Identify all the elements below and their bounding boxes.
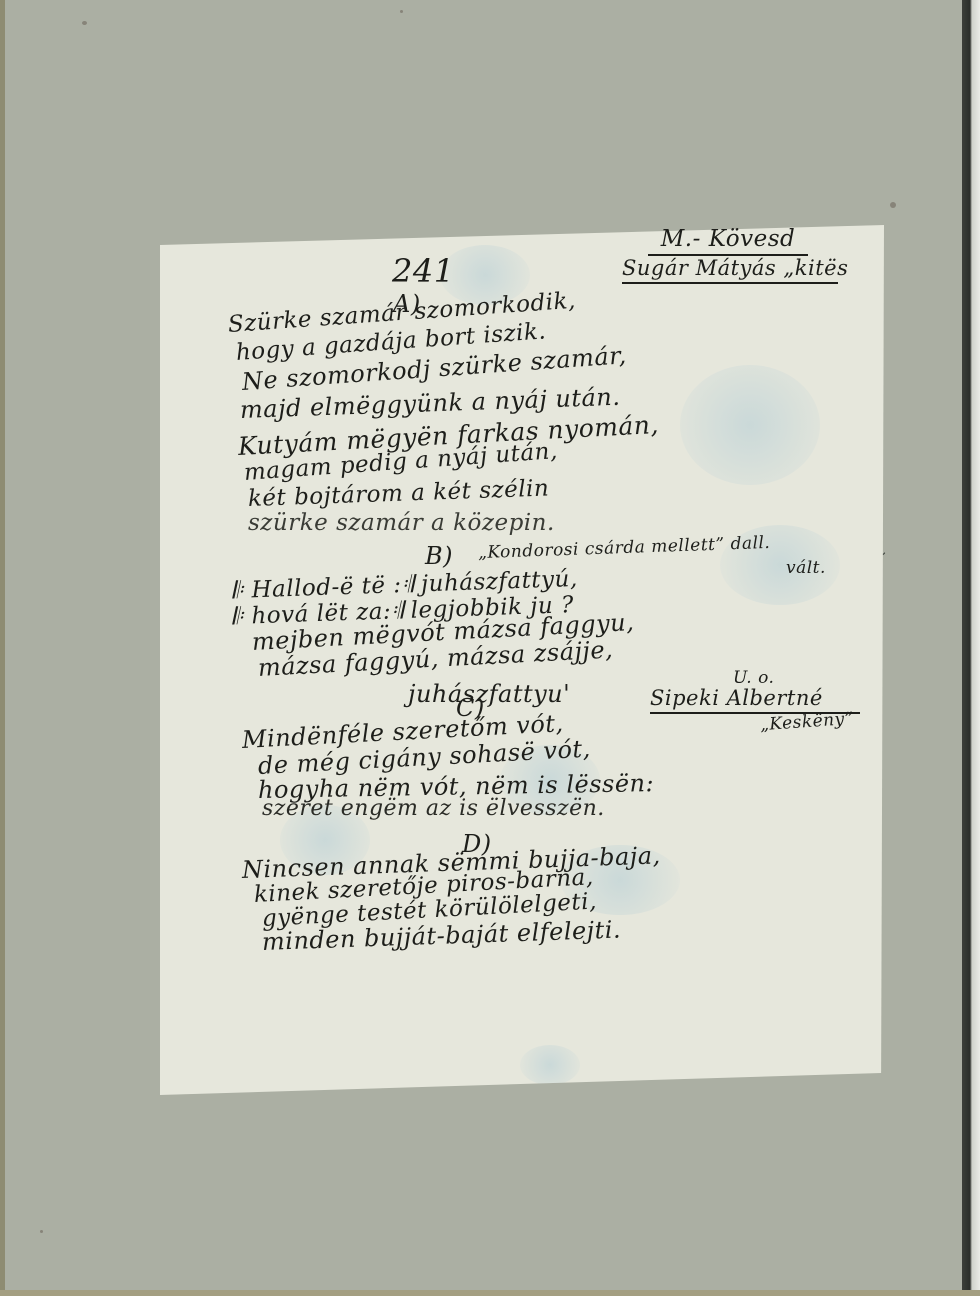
mount-speck <box>890 202 896 208</box>
mount-speck <box>82 21 87 25</box>
singer-name: Sugár Mátyás „kitës <box>622 256 838 284</box>
mount-left-edge <box>0 0 5 1296</box>
page-number: 241 <box>392 252 455 290</box>
ink-blot <box>520 1045 580 1085</box>
mount-speck <box>40 1230 43 1233</box>
verse-line: szürke szamár a közepin. <box>248 510 555 536</box>
source-note: U. o. <box>733 668 774 688</box>
verse-line: juhászfattyu' <box>408 680 570 708</box>
ink-blot <box>680 365 820 485</box>
collection-place: M.- Kövesd <box>648 226 808 256</box>
verse-line: szeret engëm az is ëlvesszën. <box>262 796 605 821</box>
tune-note-continued: vált. <box>786 558 826 578</box>
mount-bottom-edge <box>0 1290 980 1296</box>
section-label-b: B) <box>425 542 453 570</box>
mount-speck <box>400 10 403 13</box>
scan-right-edge <box>962 0 980 1296</box>
